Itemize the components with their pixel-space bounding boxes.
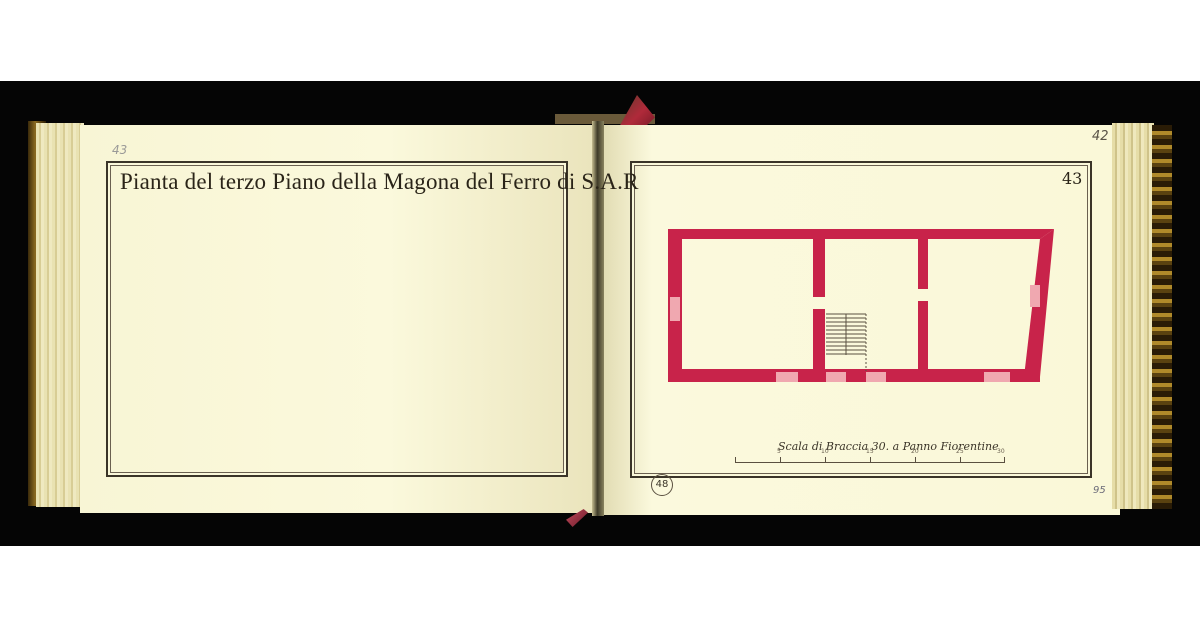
scale-label: Scala di Braccia 30. a Panno Fiorentine xyxy=(778,440,999,453)
right-ink-page-number: 43 xyxy=(1062,169,1082,188)
scale-tick-label: 25 xyxy=(956,448,964,455)
right-pencil-folio: 42 xyxy=(1092,129,1109,144)
scale-bar: 5 10 15 20 25 30 xyxy=(735,456,1005,463)
page-edges-right xyxy=(1112,123,1154,509)
page-title: Pianta del terzo Piano della Magona del … xyxy=(120,169,639,195)
circled-folio-number: 48 xyxy=(651,474,673,496)
scale-tick-label: 20 xyxy=(911,448,919,455)
scale-tick-label: 30 xyxy=(997,448,1005,455)
scale-tick-label: 5 xyxy=(777,448,781,455)
scale-tick-label: 15 xyxy=(866,448,874,455)
left-page-border-frame xyxy=(106,161,568,477)
book-cover-right-gilt xyxy=(1152,125,1172,509)
staircase-icon xyxy=(826,314,866,371)
bottom-pencil-note: 95 xyxy=(1093,485,1106,496)
floor-plan-drawing xyxy=(668,229,1058,389)
manuscript-photo: 43 Pianta del terzo Piano della Magona d… xyxy=(0,81,1200,546)
scale-tick-label: 10 xyxy=(821,448,829,455)
page-edges-left xyxy=(36,123,84,507)
left-pencil-folio: 43 xyxy=(112,143,127,157)
